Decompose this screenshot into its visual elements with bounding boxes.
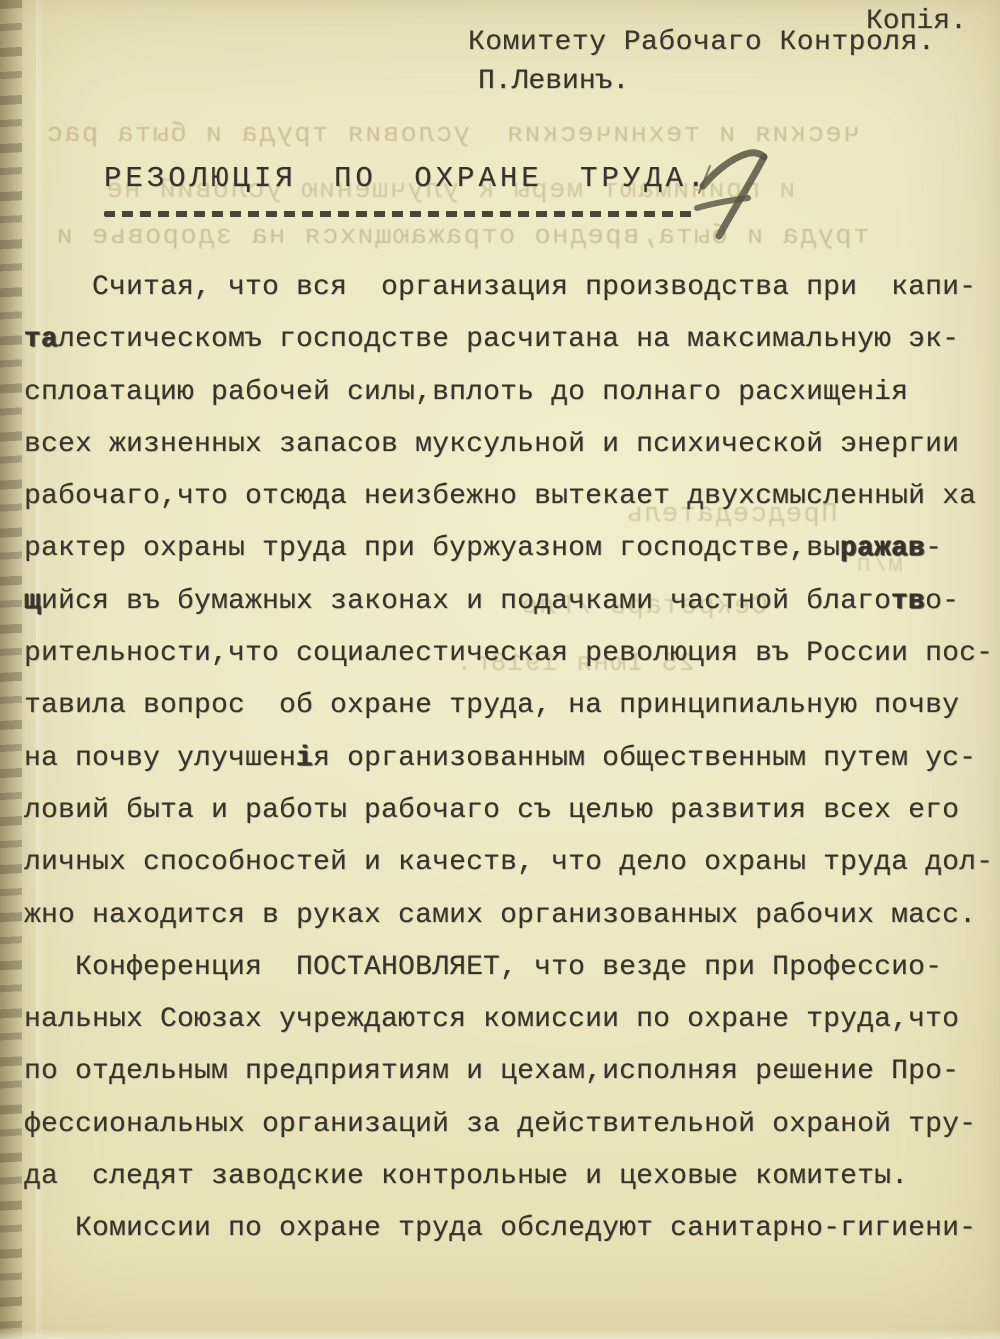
- addressee-name: П.Левинъ.: [478, 66, 629, 97]
- typed-line: рактер охраны труда при буржуазном госпо…: [24, 523, 994, 575]
- typed-line: личных способностей и качеств, что дело …: [24, 837, 994, 889]
- typed-line: да следят заводские контрольные и цеховы…: [24, 1151, 994, 1203]
- typed-line: жно находится в руках самих организованн…: [24, 890, 994, 942]
- typed-line: щийся въ бумажных законах и подачками ча…: [24, 576, 994, 628]
- document-title: РЕЗОЛЮЦІЯ ПО ОХРАНЕ ТРУДА.: [104, 162, 708, 195]
- handwritten-page-number: [688, 142, 788, 246]
- addressee-line: Комитету Рабочаго Контроля.: [468, 27, 935, 58]
- typed-line: Конференция ПОСТАНОВЛЯЕТ, что везде при …: [24, 942, 994, 994]
- typed-line: на почву улучшенія организованным общест…: [24, 733, 994, 785]
- typed-line: Считая, что вся организация производства…: [24, 262, 994, 314]
- typed-line: тавила вопрос об охране труда, на принци…: [24, 680, 994, 732]
- typed-line: талестическомъ господстве расчитана на м…: [24, 314, 994, 366]
- typed-line: нальных Союзах учреждаются комиссии по о…: [24, 994, 994, 1046]
- typed-line: по отдельным предприятиям и цехам,исполн…: [24, 1046, 994, 1098]
- typed-line: рабочаго,что отсюда неизбежно вытекает д…: [24, 471, 994, 523]
- typed-line: фессиональных организаций за действитель…: [24, 1099, 994, 1151]
- typed-line: всех жизненных запасов муксульной и псих…: [24, 419, 994, 471]
- typed-lines: Считая, что вся организация производства…: [24, 262, 994, 1256]
- typed-line: сплоатацию рабочей силы,вплоть до полнаг…: [24, 367, 994, 419]
- scan-bottom-edge: [0, 1329, 1000, 1339]
- typed-line: рительности,что социалестическая революц…: [24, 628, 994, 680]
- typed-line: Комиссии по охране труда обследуют санит…: [24, 1203, 994, 1255]
- title-dashed-underline: [104, 211, 692, 217]
- typed-line: ловий быта и работы рабочаго съ целью ра…: [24, 785, 994, 837]
